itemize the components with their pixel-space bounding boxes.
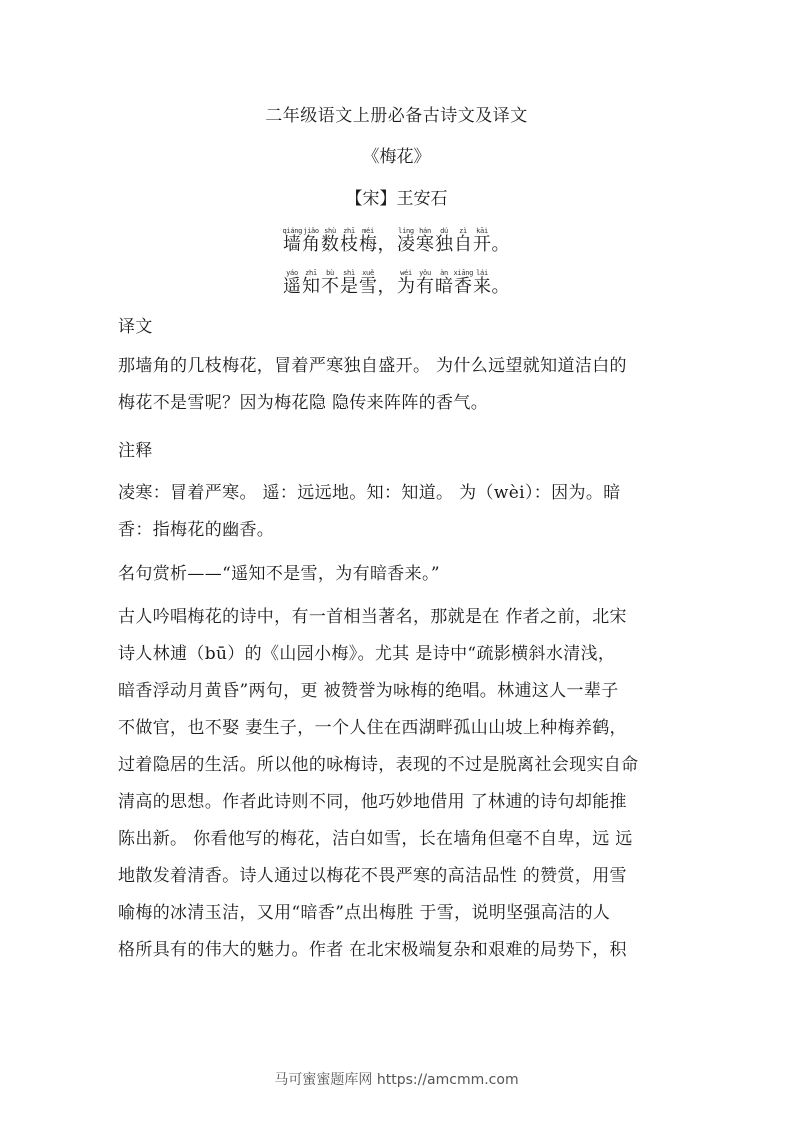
appreciation-line: 暗香浮动月黄昏”两句，更 被赞誉为咏梅的绝唱。林逋这人一辈子: [118, 680, 619, 702]
ruby-char: yǒu有: [416, 269, 435, 297]
poem-punctuation: ，: [378, 277, 397, 297]
appreciation-line: 过着隐居的生活。所以他的咏梅诗，表现的不过是脱离社会现实自命: [118, 754, 639, 776]
poem-line-2: yáo遥zhī知bù不shì是xuě雪， wéi为yǒu有àn暗xiāng香lá…: [0, 269, 793, 297]
document-page: 二年级语文上册必备古诗文及译文 《梅花》 【宋】王安石 qiáng墙jiǎo角s…: [0, 0, 793, 1122]
appreciation-line: 喻梅的冰清玉洁，又用“暗香”点出梅胜 于雪，说明坚强高洁的人: [118, 902, 610, 924]
ruby-char: zhī枝: [340, 227, 359, 255]
ruby-char: kāi开: [473, 227, 492, 255]
ruby-char: shù数: [321, 227, 340, 255]
ruby-char: méi梅: [359, 227, 378, 255]
appreciation-line: 格所具有的伟大的魅力。作者 在北宋极端复杂和艰难的局势下，积: [118, 939, 627, 961]
ruby-char: qiáng墙: [283, 227, 302, 255]
ruby-char: dú独: [435, 227, 454, 255]
footer-watermark: 马可蜜蜜题库网 https://amcmm.com: [0, 1070, 793, 1090]
notes-line: 凌寒：冒着严寒。 遥：远远地。知：知道。 为（wèi）：因为。暗: [118, 482, 621, 504]
appreciation-heading: 名句赏析——“遥知不是雪，为有暗香来。”: [118, 563, 440, 585]
ruby-char: zhī知: [302, 269, 321, 297]
document-title: 二年级语文上册必备古诗文及译文: [0, 104, 793, 128]
ruby-char: yáo遥: [283, 269, 302, 297]
translation-line: 梅花不是雪呢？因为梅花隐 隐传来阵阵的香气。: [118, 392, 488, 414]
ruby-char: jiǎo角: [302, 227, 321, 255]
poem-punctuation: ，: [378, 235, 397, 255]
ruby-char: xuě雪: [359, 269, 378, 297]
poem-author: 【宋】王安石: [0, 187, 793, 211]
appreciation-line: 清高的思想。作者此诗则不同，他巧妙地借用 了林逋的诗句却能推: [118, 791, 627, 813]
poem-punctuation: 。: [492, 235, 511, 255]
poem-punctuation: 。: [492, 277, 511, 297]
ruby-char: bù不: [321, 269, 340, 297]
poem-line-1-first-half: qiáng墙jiǎo角shù数zhī枝méi梅，: [283, 227, 397, 255]
translation-line: 那墙角的几枝梅花，冒着严寒独自盛开。 为什么远望就知道洁白的: [118, 355, 627, 377]
appreciation-line: 古人吟唱梅花的诗中，有一首相当著名，那就是在 作者之前，北宋: [118, 606, 627, 628]
ruby-char: wéi为: [397, 269, 416, 297]
ruby-char: xiāng香: [454, 269, 473, 297]
appreciation-line: 陈出新。 你看他写的梅花，洁白如雪，长在墙角但毫不自卑，远 远: [118, 828, 633, 850]
ruby-char: àn暗: [435, 269, 454, 297]
appreciation-line: 地散发着清香。诗人通过以梅花不畏严寒的高洁品性 的赞赏，用雪: [118, 865, 627, 887]
ruby-char: hán寒: [416, 227, 435, 255]
poem-line-1-second-half: líng凌hán寒dú独zì自kāi开。: [397, 227, 511, 255]
poem-line-1: qiáng墙jiǎo角shù数zhī枝méi梅， líng凌hán寒dú独zì自…: [0, 227, 793, 255]
ruby-char: shì是: [340, 269, 359, 297]
notes-heading: 注释: [118, 440, 153, 462]
poem-line-2-second-half: wéi为yǒu有àn暗xiāng香lái来。: [397, 269, 511, 297]
ruby-char: líng凌: [397, 227, 416, 255]
translation-heading: 译文: [118, 316, 153, 338]
poem-title: 《梅花》: [0, 145, 793, 169]
ruby-char: zì自: [454, 227, 473, 255]
appreciation-line: 诗人林逋（bū）的《山园小梅》。尤其 是诗中“疏影横斜水清浅，: [118, 643, 615, 665]
notes-line: 香：指梅花的幽香。: [118, 519, 274, 541]
poem-line-2-first-half: yáo遥zhī知bù不shì是xuě雪，: [283, 269, 397, 297]
appreciation-line: 不做官，也不娶 妻生子，一个人住在西湖畔孤山山坡上种梅养鹤，: [118, 717, 627, 739]
ruby-char: lái来: [473, 269, 492, 297]
